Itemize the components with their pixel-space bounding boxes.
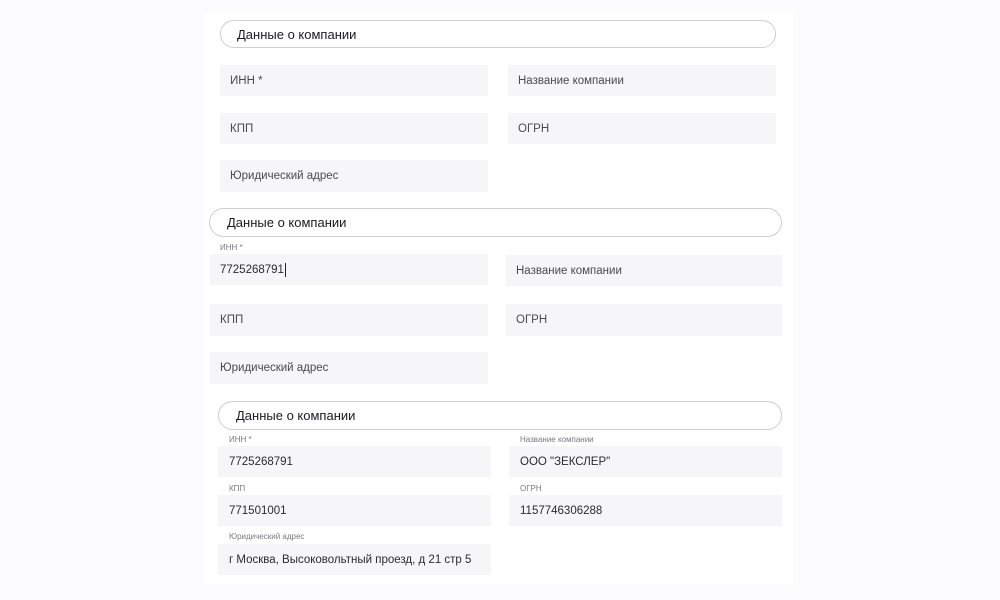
section-title: Данные о компании bbox=[237, 27, 356, 42]
ogrn-placeholder: ОГРН bbox=[516, 314, 547, 326]
legal-address-placeholder: Юридический адрес bbox=[220, 362, 328, 374]
ogrn-placeholder: ОГРН bbox=[518, 123, 549, 135]
ogrn-input[interactable]: ОГРН bbox=[508, 113, 776, 144]
ogrn-label: ОГРН bbox=[520, 484, 542, 493]
ogrn-value: 1157746306288 bbox=[520, 505, 602, 517]
inn-placeholder: ИНН * bbox=[230, 75, 263, 87]
company-name-value: ООО "ЗЕКСЛЕР" bbox=[520, 456, 610, 468]
inn-value: 7725268791 bbox=[229, 456, 293, 468]
text-cursor bbox=[285, 263, 286, 277]
section-title: Данные о компании bbox=[227, 215, 346, 230]
inn-input[interactable]: ИНН * bbox=[220, 65, 488, 96]
company-name-input[interactable]: Название компании bbox=[508, 65, 776, 96]
legal-address-placeholder: Юридический адрес bbox=[230, 170, 338, 182]
legal-address-input[interactable]: Юридический адрес bbox=[210, 352, 488, 384]
company-name-placeholder: Название компании bbox=[516, 265, 622, 277]
kpp-input[interactable]: 771501001 bbox=[218, 495, 491, 526]
section-title: Данные о компании bbox=[236, 408, 355, 423]
kpp-label: КПП bbox=[229, 484, 245, 493]
inn-input[interactable]: 7725268791 bbox=[210, 254, 488, 285]
inn-label: ИНН * bbox=[220, 243, 243, 252]
company-name-input[interactable]: ООО "ЗЕКСЛЕР" bbox=[509, 446, 782, 477]
kpp-value: 771501001 bbox=[229, 505, 287, 517]
ogrn-input[interactable]: 1157746306288 bbox=[509, 495, 782, 526]
inn-value: 7725268791 bbox=[220, 264, 284, 276]
legal-address-label: Юридический адрес bbox=[229, 532, 304, 541]
section-header[interactable]: Данные о компании bbox=[209, 208, 782, 237]
kpp-input[interactable]: КПП bbox=[220, 113, 488, 144]
inn-input[interactable]: 7725268791 bbox=[218, 446, 491, 477]
company-name-placeholder: Название компании bbox=[518, 75, 624, 87]
section-header[interactable]: Данные о компании bbox=[220, 20, 776, 48]
section-header[interactable]: Данные о компании bbox=[218, 401, 782, 430]
company-name-input[interactable]: Название компании bbox=[506, 255, 782, 286]
kpp-placeholder: КПП bbox=[220, 314, 243, 326]
legal-address-input[interactable]: Юридический адрес bbox=[220, 160, 488, 192]
company-name-label: Название компании bbox=[520, 435, 594, 444]
legal-address-value: г Москва, Высоковольтный проезд, д 21 ст… bbox=[229, 554, 471, 566]
ogrn-input[interactable]: ОГРН bbox=[506, 304, 782, 336]
inn-label: ИНН * bbox=[229, 435, 252, 444]
kpp-input[interactable]: КПП bbox=[210, 304, 488, 336]
legal-address-input[interactable]: г Москва, Высоковольтный проезд, д 21 ст… bbox=[218, 544, 491, 575]
kpp-placeholder: КПП bbox=[230, 123, 253, 135]
